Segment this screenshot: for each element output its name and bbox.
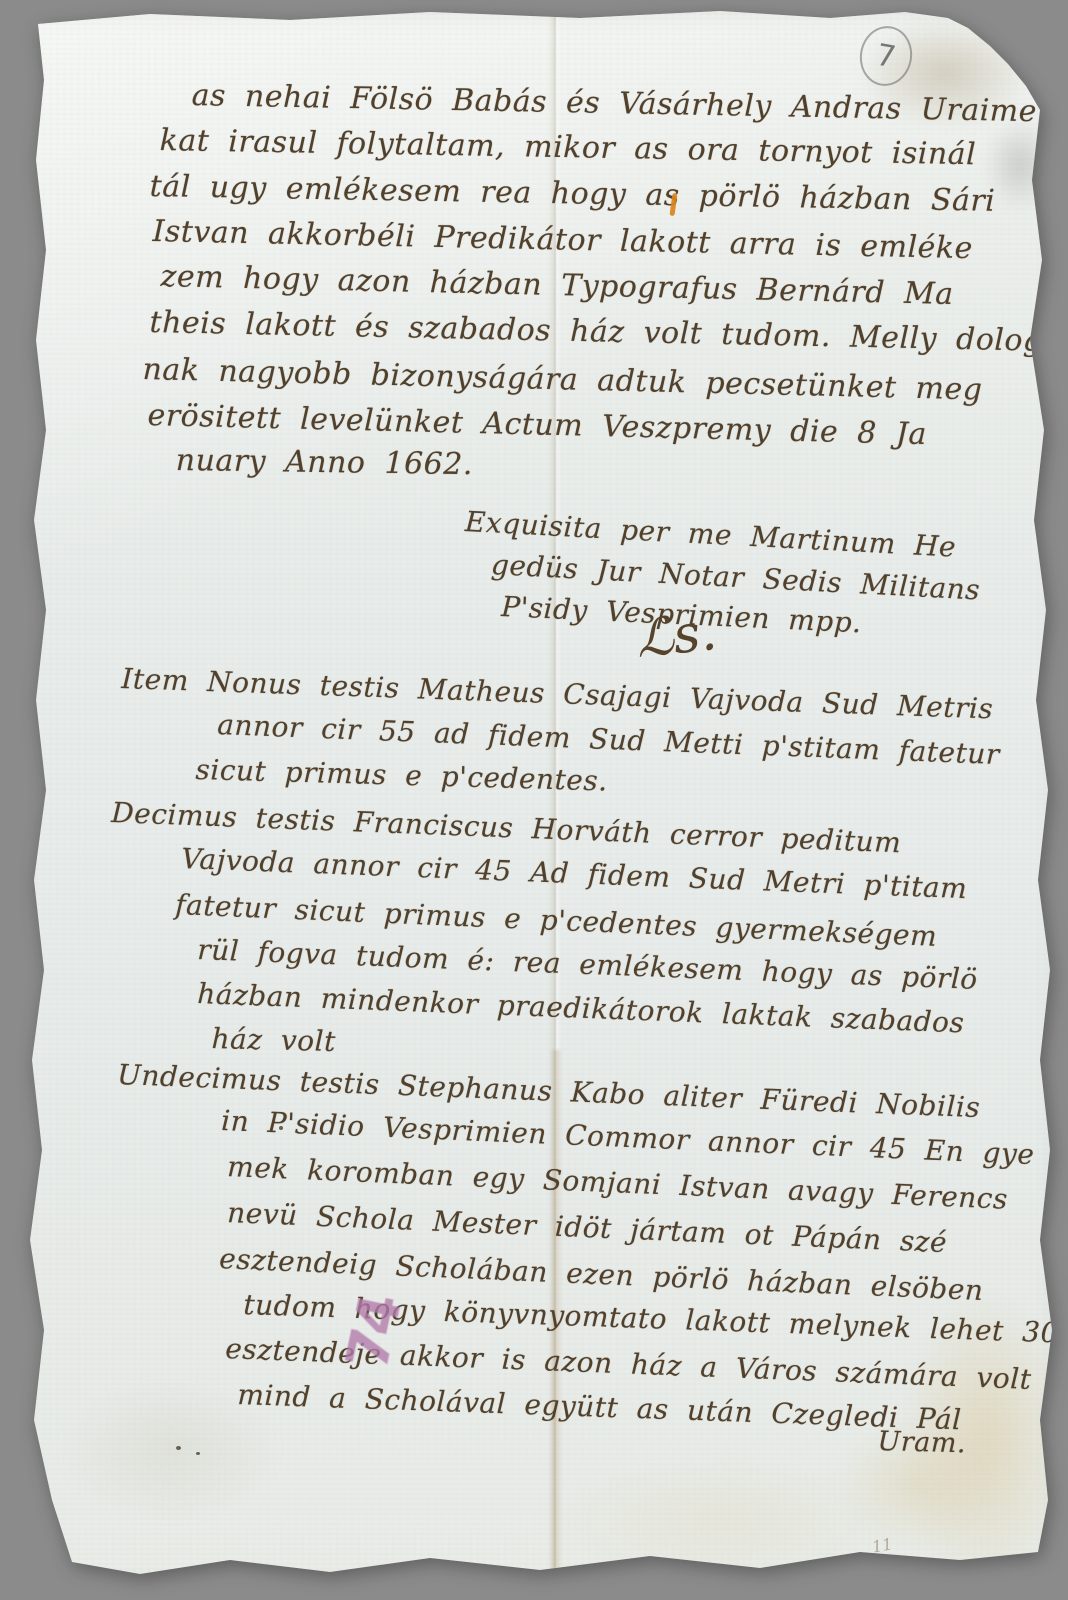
manuscript-page: as nehai Fölsö Babás és Vásárhely Andras… bbox=[0, 0, 1068, 1600]
photo-background: as nehai Fölsö Babás és Vásárhely Andras… bbox=[0, 0, 1068, 1600]
paper-shading bbox=[0, 0, 1068, 1600]
